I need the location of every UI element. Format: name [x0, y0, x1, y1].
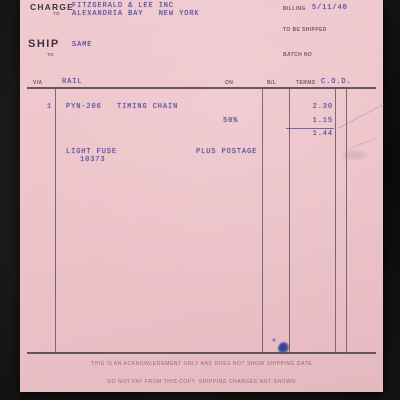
via-value: RAIL — [62, 78, 82, 86]
ink-speck — [272, 338, 276, 342]
item-quantity: 1 — [40, 103, 52, 111]
item-list-price: 2.30 — [291, 103, 333, 111]
batch-no-label: BATCH NO — [283, 52, 312, 58]
pencil-smudge — [342, 150, 368, 160]
ship-to-label: TO — [47, 52, 54, 57]
billing-label: BILLING — [283, 6, 306, 12]
charge-name-value: FITZGERALD & LEE INC — [72, 2, 174, 10]
invoice-acknowledgment-form: CHARGE FITZGERALD & LEE INC TO ALEXANDRI… — [20, 0, 383, 392]
ship-to-value: SAME — [72, 41, 92, 49]
item-description: PYN-206 TIMING CHAIN — [66, 103, 178, 111]
charge-address-value: ALEXANDRIA BAY NEW YORK — [72, 10, 200, 18]
billing-date-value: 5/11/40 — [312, 4, 348, 12]
on-label: ON — [225, 80, 233, 86]
item-net-price: 1.15 — [291, 117, 333, 125]
item-discount: 50% — [223, 117, 238, 125]
bl-label: B/L — [267, 80, 276, 86]
table-top-rule — [27, 87, 376, 89]
pencil-streak — [338, 104, 384, 129]
to-be-shipped-label: TO BE SHIPPED — [283, 27, 327, 33]
via-label: VIA — [33, 80, 43, 86]
charge-to-label: TO — [53, 11, 60, 16]
footer-do-not-pay-text: DO NOT PAY FROM THIS COPY. SHIPPING CHAR… — [20, 379, 383, 385]
table-column-rule-4 — [346, 89, 347, 352]
item-total: 1.44 — [291, 130, 333, 138]
footer-acknowledgment-text: THIS IS AN ACKNOWLEDGMENT ONLY AND DOES … — [20, 361, 383, 367]
note-plus-postage: PLUS POSTAGE — [196, 148, 257, 156]
table-column-rule-1 — [262, 89, 263, 352]
pencil-streak-2 — [350, 137, 378, 149]
table-column-rule-qty — [55, 89, 56, 352]
table-column-rule-3 — [335, 89, 336, 352]
photo-backdrop-strip — [383, 0, 400, 400]
note-number: 10373 — [80, 156, 106, 164]
terms-label: TERMS — [296, 80, 316, 86]
note-light-fuse: LIGHT FUSE — [66, 148, 117, 156]
terms-value: C.O.D. — [321, 78, 352, 86]
ship-label: SHIP — [28, 38, 60, 50]
table-bottom-rule — [27, 352, 376, 354]
net-price-underline — [286, 128, 334, 129]
